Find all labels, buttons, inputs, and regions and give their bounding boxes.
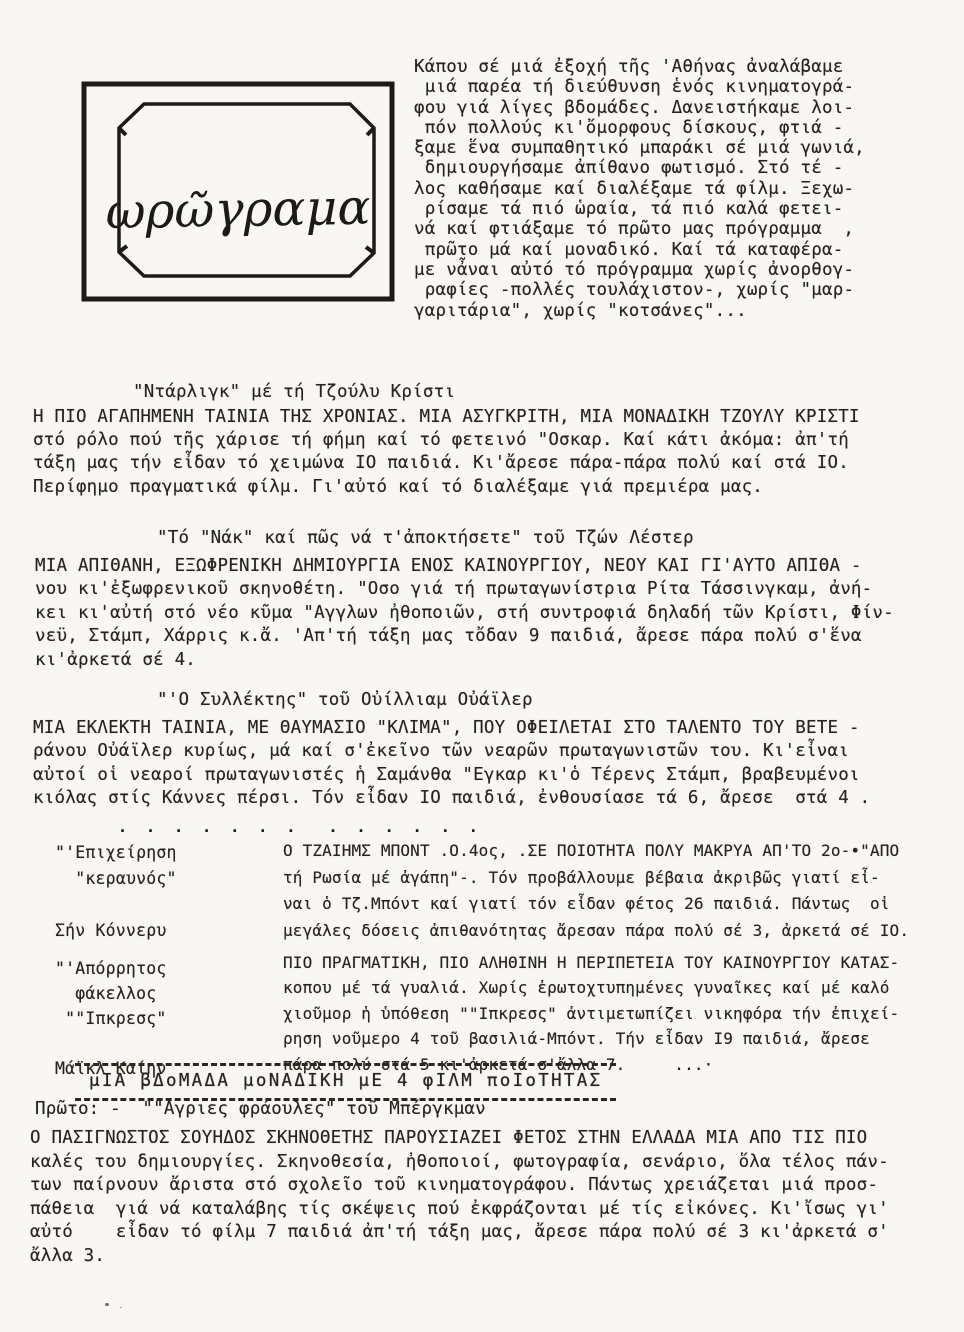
typewritten-film-program-page: ωρῶγραμα Κάπου σέ μιά ἐξοχή τῆς 'Αθήνας … bbox=[0, 0, 964, 1332]
review-3-title: "'Ο Συλλέκτης" τοῦ Οὐίλλιαμ Οὐάϊλερ bbox=[157, 689, 533, 711]
column-review-1-titles: "'Επιχείρηση "κεραυνός" Σήν Κόννερυ bbox=[55, 840, 177, 944]
logo-word: ωρῶγραμα bbox=[105, 179, 371, 241]
review-3-body: ΜΙΑ ΕΚΛΕΚΤΗ ΤΑΙΝΙΑ, ΜΕ ΘΑΥΜΑΣΙΟ "ΚΛΙΜΑ",… bbox=[33, 717, 938, 811]
intro-paragraph: Κάπου σέ μιά ἐξοχή τῆς 'Αθήνας ἀναλάβαμε… bbox=[414, 57, 900, 321]
program-logo: ωρῶγραμα bbox=[80, 80, 396, 304]
week-banner: μΙΑ βΔοΜΑΔΑ μοΝΑΔΙΚΗ μΕ 4 φΙΛΜ ποΙοΤΗΤΑΣ bbox=[75, 1063, 616, 1101]
review-2-body: ΜΙΑ ΑΠΙΘΑΝΗ, ΕΞΩΦΡΕΝΙΚΗ ΔΗΜΙΟΥΡΓΙΑ ΕΝΟΣ … bbox=[35, 555, 945, 672]
review-1-body: Η ΠΙΟ ΑΓΑΠΗΜΕΝΗ ΤΑΙΝΙΑ ΤΗΣ ΧΡΟΝΙΑΣ. ΜΙΑ … bbox=[33, 406, 938, 499]
column-review-2-body: ΠΙΟ ΠΡΑΓΜΑΤΙΚΗ, ΠΙΟ ΑΛΗΘΙΝΗ Η ΠΕΡΙΠΕΤΕΙΑ… bbox=[283, 950, 929, 1077]
photocopy-speck bbox=[105, 1303, 109, 1306]
week-first-line: Πρῶτο: - ""Αγριες φράουλες" τοῦ Μπέργκμα… bbox=[35, 1098, 486, 1121]
review-1-title: "Ντάρλιγκ" μέ τή Τζούλυ Κρίστι bbox=[133, 381, 455, 403]
column-review-1-body: Ο ΤΖΑΙΗΜΣ ΜΠΟΝΤ .Ο.4ος, .ΣΕ ΠΟΙΟΤΗΤΑ ΠΟΛ… bbox=[283, 838, 929, 944]
week-body: Ο ΠΑΣΙΓΝΩΣΤΟΣ ΣΟΥΗΔΟΣ ΣΚΗΝΟΘΕΤΗΣ ΠΑΡΟΥΣΙ… bbox=[30, 1127, 935, 1269]
review-2-title: "Τό "Νάκ" καί πῶς νά τ'ἀποκτήσετε" τοῦ Τ… bbox=[157, 527, 694, 549]
